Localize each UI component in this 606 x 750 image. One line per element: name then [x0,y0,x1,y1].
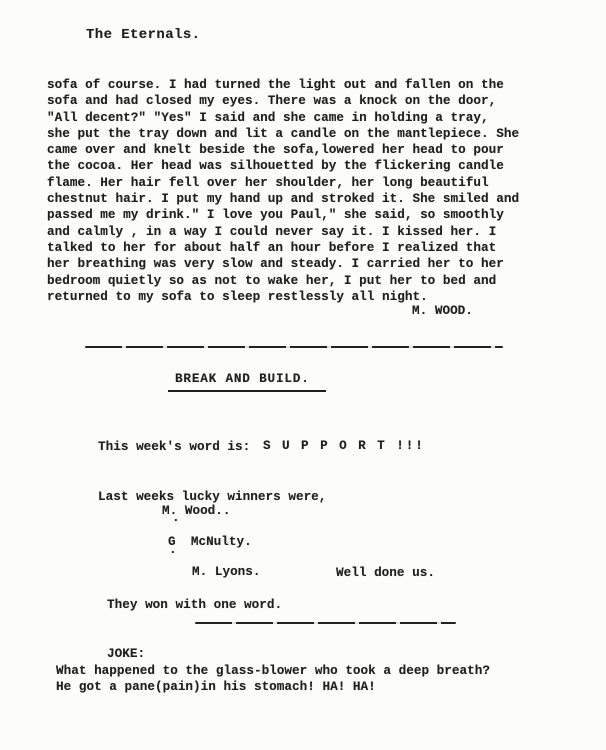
weekly-word-label: This week's word is: [98,439,250,455]
stray-dot: . [169,542,177,558]
section-heading: BREAK AND BUILD. [168,371,326,392]
story-signature: M. WOOD. [412,303,473,319]
winner-name-2: G McNulty. [168,534,252,550]
page-title: The Eternals. [86,27,200,43]
stray-dot: . [172,510,180,526]
section-divider-top [85,346,503,348]
winners-closing: They won with one word. [107,597,282,613]
joke-answer: He got a pane(pain)in his stomach! HA! H… [56,679,376,695]
winner-name-3: M. Lyons. [192,564,261,580]
praise-text: Well done us. [336,565,435,581]
joke-label: JOKE: [107,646,145,662]
typewritten-page: The Eternals. sofa of course. I had turn… [0,0,606,750]
story-paragraph: sofa of course. I had turned the light o… [47,77,519,305]
section-divider-bottom [195,622,456,624]
weekly-word-value: S U P P O R T !!! [263,438,425,454]
joke-question: What happened to the glass-blower who to… [56,663,490,679]
